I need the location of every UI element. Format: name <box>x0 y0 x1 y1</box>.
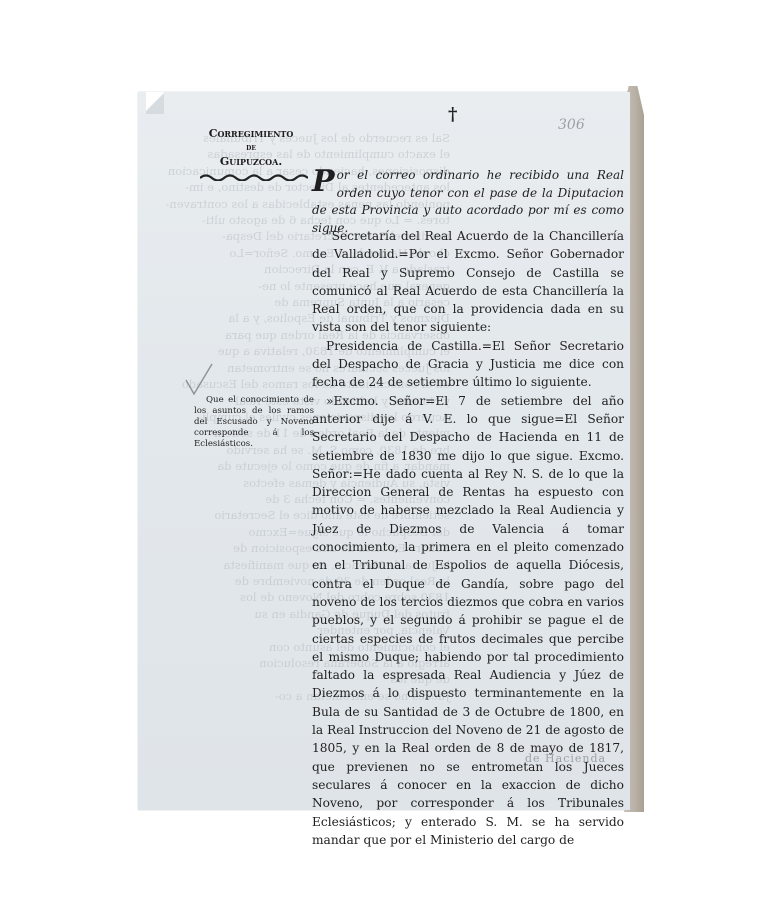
header-line-1: Corregimiento <box>196 127 306 141</box>
ornamental-rule-icon <box>200 173 308 181</box>
margin-note: Que el conocimiento de los asuntos de lo… <box>194 395 314 450</box>
paragraph: »Excmo. Señor=El 7 de setiembre del año … <box>312 392 624 849</box>
header-line-2: de <box>196 141 306 155</box>
folio-number: 306 <box>558 117 585 133</box>
intro-text: or el correo ordinario he recibido una R… <box>312 168 624 235</box>
page-corner <box>146 92 164 114</box>
header-line-3: Guipuzcoa. <box>196 155 306 169</box>
cross-icon: † <box>448 104 457 125</box>
catchword: de Hacienda <box>525 752 606 765</box>
paragraph: Presidencia de Castilla.=El Señor Secret… <box>312 337 624 392</box>
paragraph: "Secretaría del Real Acuerdo de la Chanc… <box>312 227 624 337</box>
document-header: Corregimiento de Guipuzcoa. <box>196 127 306 169</box>
margin-note-text: Que el conocimiento de los asuntos de lo… <box>194 395 314 449</box>
drop-cap: P <box>312 169 335 195</box>
checkmark-icon <box>182 360 222 400</box>
